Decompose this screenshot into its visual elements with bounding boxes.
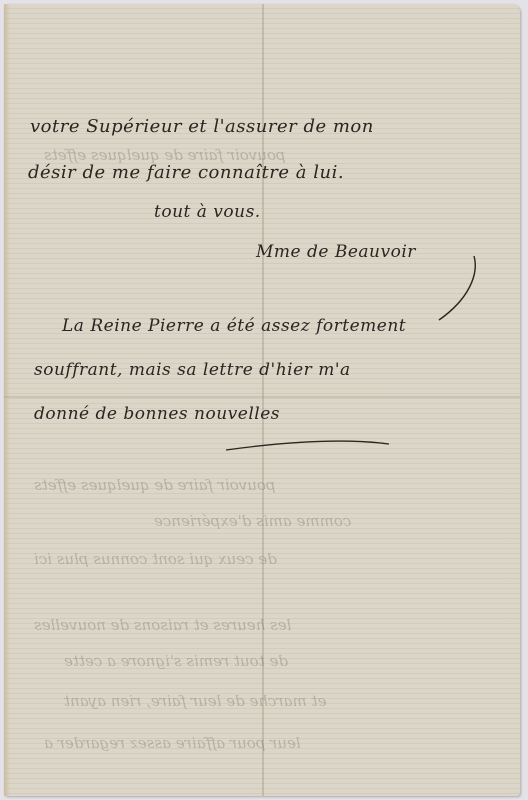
letter-line: désir de me faire connaître à lui. xyxy=(28,162,344,183)
bleed-through-line: pouvoir faire de quelques effets xyxy=(34,476,276,494)
bleed-through-line: de ceux qui sont connus plus ici xyxy=(34,550,277,568)
paper-edge xyxy=(4,4,10,796)
bleed-through-line: comme amis d'expérience xyxy=(154,512,351,530)
bleed-through-line: les heures et raisons de nouvelles xyxy=(34,616,291,634)
horizontal-fold-line xyxy=(4,396,520,398)
signature-flourish xyxy=(434,254,494,324)
bleed-through-line: leur pour affaire assez regarder a xyxy=(44,734,301,752)
letter-page: pouvoir faire de quelques effets pouvoir… xyxy=(4,4,520,796)
letter-line: votre Supérieur et l'assurer de mon xyxy=(30,116,374,137)
signature: Mme de Beauvoir xyxy=(256,242,416,262)
bleed-through-line: et marche de leur faire, rien ayant xyxy=(64,692,326,710)
letter-line: La Reine Pierre a été assez fortement xyxy=(62,316,406,336)
letter-line: donné de bonnes nouvelles xyxy=(34,404,280,424)
letter-line: souffrant, mais sa lettre d'hier m'a xyxy=(34,360,351,380)
letter-line: tout à vous. xyxy=(154,202,261,222)
closing-flourish xyxy=(224,434,394,454)
bleed-through-line: de tout remis s'ignore a cette xyxy=(64,652,288,670)
